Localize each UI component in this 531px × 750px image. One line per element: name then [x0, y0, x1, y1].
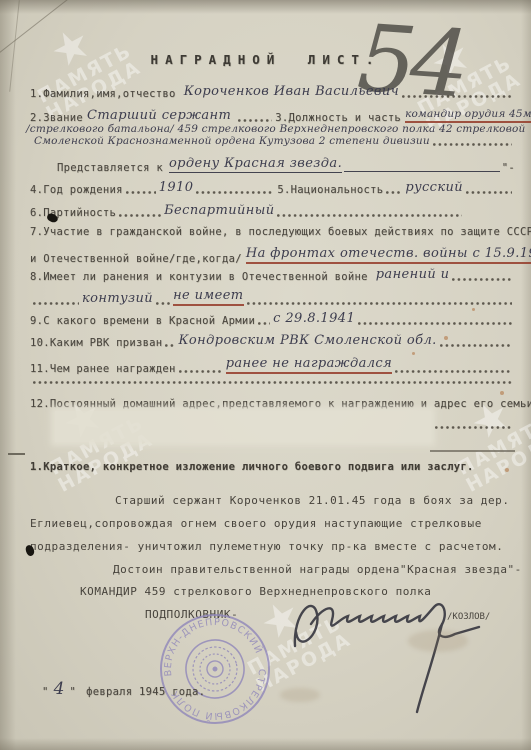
address-dotted-row: [432, 425, 515, 431]
field-rank-unit-row: 2.Звание Старший сержант 3.Должность и ч…: [30, 109, 515, 124]
date-row: " 4 " февраля 1945 года.: [42, 678, 515, 698]
field-war-participation-row1: 7.Участие в гражданской войне, в последу…: [30, 226, 515, 238]
description-heading: 1.Краткое, конкретное изложение личного …: [30, 461, 474, 473]
field-drafted-by-label: 10.Каким РВК призван: [30, 337, 162, 349]
dotted-leader: [395, 369, 512, 374]
field-birth-nationality-row: 4.Год рождения 1910 5.Национальность рус…: [30, 181, 515, 196]
field-drafted-by-value: Кондровским РВК Смоленской обл.: [178, 333, 436, 348]
field-home-address-row: 12.Постоянный домашний адрес,представляе…: [30, 398, 515, 410]
field-army-since-row: 9.С какого времени в Красной Армии с 29.…: [30, 312, 515, 327]
field-presented-row: Представляется к ордену Красная звезда. …: [57, 157, 515, 174]
rust-spot: [500, 391, 504, 395]
description-line-row: подразделения- уничтожил пулеметную точк…: [30, 540, 515, 553]
scanned-award-document: { "page_number": "54", "title": "НАГРАДН…: [0, 0, 531, 750]
document-title-row: НАГРАДНОЙ ЛИСТ.: [0, 52, 531, 67]
field-wounds-label: 8.Имеет ли ранения и контузии в Отечеств…: [30, 271, 368, 283]
dotted-leader: [247, 301, 512, 306]
field-wounds-row1: 8.Имеет ли ранения и контузии в Отечеств…: [30, 268, 515, 283]
dotted-leader: [119, 213, 161, 218]
field-name-value: Короченков Иван Васильевич: [184, 84, 399, 99]
dotted-leader: [386, 190, 402, 195]
dotted-leader: [402, 94, 512, 99]
redaction-box: [55, 411, 431, 442]
field-unit-value-line2: /стрелкового батальона/ 459 стрелкового …: [26, 123, 526, 135]
field-birthyear-label: 4.Год рождения: [30, 184, 123, 196]
document-title: НАГРАДНОЙ ЛИСТ.: [151, 52, 381, 67]
field-prior-awards-value: ранее не награждался: [226, 356, 392, 374]
field-party-value: Беспартийный: [164, 203, 274, 218]
field-wounds-value-part3: не имеет: [173, 288, 243, 306]
dotted-leader: [33, 380, 512, 385]
dotted-leader: [466, 190, 512, 195]
field-name-label: 1.Фамилия,имя,отчество: [30, 88, 176, 100]
field-wounds-value-part1: ранений и: [376, 267, 450, 282]
description-line-row: Старший сержант Короченков 21.01.45 года…: [115, 494, 515, 507]
field-nationality-value: русский: [405, 180, 463, 195]
paper-stain: [408, 630, 468, 652]
field-war-label-line2: и Отечественной войне/где,когда/: [30, 253, 242, 265]
field-nationality-label: 5.Национальность: [277, 184, 383, 196]
description-heading-row: 1.Краткое, конкретное изложение личного …: [30, 461, 515, 473]
date-quote-close: ": [69, 686, 76, 698]
field-name-row: 1.Фамилия,имя,отчество Короченков Иван В…: [30, 85, 515, 100]
ink-underline: [344, 170, 500, 172]
commander-signature: [283, 574, 508, 724]
field-party-label: 6.Партийность: [30, 207, 116, 219]
description-line-row: Еглиевец,сопровождая огнем своего орудия…: [30, 517, 515, 530]
field-unit-value-line3: Смоленской Краснознаменной ордена Кутузо…: [34, 135, 430, 147]
dotted-leader: [126, 190, 156, 195]
dotted-leader: [452, 277, 512, 282]
dotted-separator-row: [30, 380, 515, 386]
field-presented-endmark: "-: [502, 162, 515, 174]
dotted-leader: [435, 425, 512, 430]
field-party-row: 6.Партийность Беспартийный: [30, 204, 515, 219]
dotted-leader: [156, 301, 170, 306]
paper-stain: [280, 688, 320, 702]
field-rank-value: Старший сержант: [87, 108, 231, 123]
description-line3: подразделения- уничтожил пулеметную точк…: [30, 540, 503, 553]
field-wounds-value-part2: контузий: [82, 291, 153, 306]
dotted-leader: [358, 321, 512, 326]
field-prior-awards-label: 11.Чем ранее награжден: [30, 363, 176, 375]
rust-spot: [412, 352, 415, 355]
field-army-since-value: с 29.8.1941: [273, 311, 355, 326]
rust-spot: [472, 308, 475, 311]
dotted-leader: [179, 369, 223, 374]
dotted-leader: [165, 343, 175, 348]
field-drafted-by-row: 10.Каким РВК призван Кондровским РВК Смо…: [30, 334, 515, 349]
date-day-handwritten: 4: [54, 679, 65, 699]
dotted-leader: [33, 301, 79, 306]
field-presented-label: Представляется к: [57, 162, 163, 174]
field-war-label-line1: 7.Участие в гражданской войне, в последу…: [30, 226, 531, 238]
dotted-leader: [433, 142, 512, 147]
dotted-leader: [258, 321, 270, 326]
date-quote-open: ": [42, 686, 49, 698]
horizontal-rule: [430, 450, 515, 452]
description-line1: Старший сержант Короченков 21.01.45 года…: [115, 494, 510, 507]
field-prior-awards-row: 11.Чем ранее награжден ранее не награжда…: [30, 357, 515, 375]
rust-spot: [505, 468, 509, 472]
margin-dash: [8, 453, 25, 455]
dotted-leader: [277, 213, 462, 218]
field-home-address-label: 12.Постоянный домашний адрес,представляе…: [30, 398, 531, 410]
dotted-leader: [440, 343, 512, 348]
field-presented-value: ордену Красная звезда.: [169, 156, 342, 173]
field-unit-row3: Смоленской Краснознаменной ордена Кутузо…: [34, 136, 515, 148]
description-line2: Еглиевец,сопровождая огнем своего орудия…: [30, 517, 482, 530]
field-unit-value: командир орудия 45мм пушек: [405, 108, 531, 123]
field-war-value: На фронтах отечеств. войны с 15.9.1941: [246, 246, 531, 264]
field-army-since-label: 9.С какого времени в Красной Армии: [30, 315, 255, 327]
field-war-participation-row2: и Отечественной войне/где,когда/ На фрон…: [30, 247, 515, 265]
dotted-leader: [196, 190, 274, 195]
rust-spot: [444, 336, 448, 340]
date-text: февраля 1945 года.: [86, 686, 205, 698]
field-wounds-row2: контузий не имеет: [30, 289, 515, 307]
field-birthyear-value: 1910: [159, 180, 194, 195]
